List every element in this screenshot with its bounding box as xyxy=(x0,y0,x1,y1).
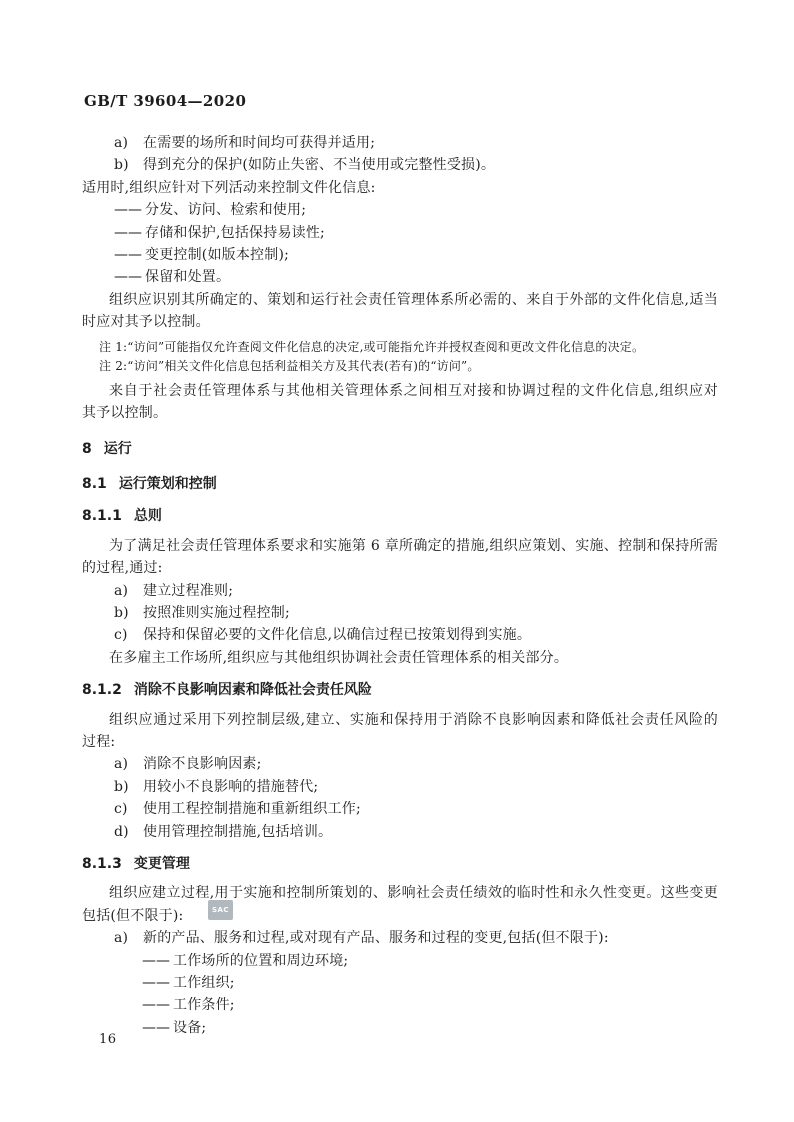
list-item-text: 分发、访问、检索和使用; xyxy=(145,202,306,218)
list-item-marker: c) xyxy=(114,798,143,820)
paragraph-line: 时应对其予以控制。 xyxy=(82,311,718,333)
section-title: 总则 xyxy=(134,508,162,524)
section-heading: 8.1运行策划和控制 xyxy=(82,473,718,495)
list-item-marker: b) xyxy=(114,776,143,798)
em-dash-marker: —— xyxy=(142,997,170,1013)
section-number: 8 xyxy=(82,441,92,457)
list-item-text: 使用工程控制措施和重新组织工作; xyxy=(143,801,361,817)
list-item-dash-nested: ——工作条件; xyxy=(82,994,718,1016)
paragraph-line: 组织应建立过程,用于实施和控制所策划的、影响社会责任绩效的临时性和永久性变更。这… xyxy=(82,882,718,904)
standard-code-header: GB/T 39604—2020 xyxy=(84,92,246,110)
paragraph-line: 适用时,组织应针对下列活动来控制文件化信息: xyxy=(82,177,718,199)
paragraph-line: 来自于社会责任管理体系与其他相关管理体系之间相互对接和协调过程的文件化信息,组织… xyxy=(82,380,718,402)
list-item-marker: a) xyxy=(114,927,143,949)
paragraph-line: 过程: xyxy=(82,731,718,753)
list-item-text: 得到充分的保护(如防止失密、不当使用或完整性受损)。 xyxy=(143,157,495,173)
document-body: a)在需要的场所和时间均可获得并适用;b)得到充分的保护(如防止失密、不当使用或… xyxy=(82,132,718,1039)
list-item-text: 使用管理控制措施,包括培训。 xyxy=(143,824,332,840)
paragraph-line: 其予以控制。 xyxy=(82,402,718,424)
section-number: 8.1.3 xyxy=(82,856,122,872)
page-number: 16 xyxy=(99,1032,117,1047)
list-item-dash-nested: ——工作场所的位置和周边环境; xyxy=(82,950,718,972)
list-item-marker: d) xyxy=(114,821,143,843)
list-item-marker: a) xyxy=(114,132,143,154)
list-item-letter: b)按照准则实施过程控制; xyxy=(82,602,718,624)
em-dash-marker: —— xyxy=(142,975,170,991)
list-item-marker: b) xyxy=(114,154,143,176)
section-title: 运行策划和控制 xyxy=(119,476,217,492)
list-item-dash: ——变更控制(如版本控制); xyxy=(82,244,718,266)
section-title: 消除不良影响因素和降低社会责任风险 xyxy=(134,682,372,698)
list-item-dash: ——存储和保护,包括保持易读性; xyxy=(82,222,718,244)
list-item-text: 按照准则实施过程控制; xyxy=(143,605,290,621)
list-item-letter: c)保持和保留必要的文件化信息,以确信过程已按策划得到实施。 xyxy=(82,624,718,646)
note-line: 注 1:“访问”可能指仅允许查阅文件化信息的决定,或可能指允许并授权查阅和更改文… xyxy=(82,338,718,358)
em-dash-marker: —— xyxy=(142,1020,170,1036)
list-item-text: 消除不良影响因素; xyxy=(143,756,262,772)
list-item-text: 保留和处置。 xyxy=(145,269,230,285)
list-item-dash: ——分发、访问、检索和使用; xyxy=(82,199,718,221)
paragraph-line: 组织应通过采用下列控制层级,建立、实施和保持用于消除不良影响因素和降低社会责任风… xyxy=(82,709,718,731)
em-dash-marker: —— xyxy=(114,247,142,263)
section-heading: 8.1.3变更管理 xyxy=(82,853,718,875)
section-heading: 8.1.2消除不良影响因素和降低社会责任风险 xyxy=(82,679,718,701)
list-item-letter: a)在需要的场所和时间均可获得并适用; xyxy=(82,132,718,154)
list-item-letter: a)建立过程准则; xyxy=(82,580,718,602)
list-item-dash-nested: ——设备; xyxy=(82,1017,718,1039)
list-item-letter: a)新的产品、服务和过程,或对现有产品、服务和过程的变更,包括(但不限于): xyxy=(82,927,718,949)
list-item-text: 工作组织; xyxy=(173,975,235,991)
paragraph-line: 的过程,通过: xyxy=(82,557,718,579)
section-heading: 8运行 xyxy=(82,438,718,460)
em-dash-marker: —— xyxy=(114,202,142,218)
list-item-letter: b)用较小不良影响的措施替代; xyxy=(82,776,718,798)
list-item-marker: b) xyxy=(114,602,143,624)
list-item-letter: d)使用管理控制措施,包括培训。 xyxy=(82,821,718,843)
paragraph-line: 为了满足社会责任管理体系要求和实施第 6 章所确定的措施,组织应策划、实施、控制… xyxy=(82,535,718,557)
section-number: 8.1 xyxy=(82,476,107,492)
list-item-text: 设备; xyxy=(173,1020,206,1036)
list-item-text: 工作条件; xyxy=(173,997,235,1013)
list-item-letter: a)消除不良影响因素; xyxy=(82,753,718,775)
section-title: 变更管理 xyxy=(134,856,190,872)
list-item-text: 变更控制(如版本控制); xyxy=(145,247,289,263)
em-dash-marker: —— xyxy=(142,953,170,969)
list-item-text: 用较小不良影响的措施替代; xyxy=(143,779,318,795)
em-dash-marker: —— xyxy=(114,269,142,285)
paragraph-line: 在多雇主工作场所,组织应与其他组织协调社会责任管理体系的相关部分。 xyxy=(82,647,718,669)
section-title: 运行 xyxy=(104,441,132,457)
list-item-marker: a) xyxy=(114,753,143,775)
document-page: GB/T 39604—2020 SAC a)在需要的场所和时间均可获得并适用;b… xyxy=(0,0,794,1122)
list-item-marker: a) xyxy=(114,580,143,602)
list-item-letter: b)得到充分的保护(如防止失密、不当使用或完整性受损)。 xyxy=(82,154,718,176)
list-item-dash-nested: ——工作组织; xyxy=(82,972,718,994)
section-number: 8.1.2 xyxy=(82,682,122,698)
list-item-text: 建立过程准则; xyxy=(143,583,233,599)
section-heading: 8.1.1总则 xyxy=(82,505,718,527)
list-item-text: 存储和保护,包括保持易读性; xyxy=(145,225,325,241)
em-dash-marker: —— xyxy=(114,225,142,241)
paragraph-line: 组织应识别其所确定的、策划和运行社会责任管理体系所必需的、来自于外部的文件化信息… xyxy=(82,289,718,311)
list-item-text: 在需要的场所和时间均可获得并适用; xyxy=(143,135,375,151)
list-item-text: 保持和保留必要的文件化信息,以确信过程已按策划得到实施。 xyxy=(143,627,531,643)
list-item-letter: c)使用工程控制措施和重新组织工作; xyxy=(82,798,718,820)
list-item-marker: c) xyxy=(114,624,143,646)
note-line: 注 2:“访问”相关文件化信息包括利益相关方及其代表(若有)的“访问”。 xyxy=(82,357,718,377)
list-item-dash: ——保留和处置。 xyxy=(82,266,718,288)
section-number: 8.1.1 xyxy=(82,508,122,524)
list-item-text: 工作场所的位置和周边环境; xyxy=(173,953,348,969)
list-item-text: 新的产品、服务和过程,或对现有产品、服务和过程的变更,包括(但不限于): xyxy=(143,930,609,946)
paragraph-line: 包括(但不限于): xyxy=(82,905,718,927)
